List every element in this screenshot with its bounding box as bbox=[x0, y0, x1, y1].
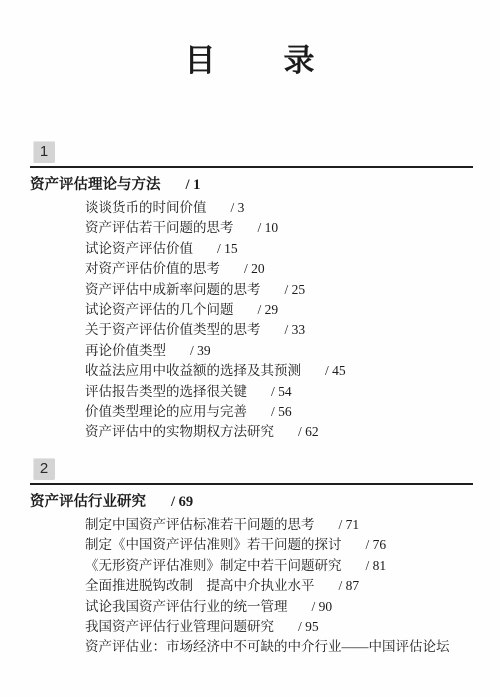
toc-item: 试论资产评估价值/ 15 bbox=[85, 239, 473, 259]
toc-item: 对资产评估价值的思考/ 20 bbox=[85, 259, 473, 279]
section-item-list: 制定中国资产评估标准若干问题的思考/ 71 制定《中国资产评估准则》若干问题的探… bbox=[85, 515, 473, 658]
item-title: 资产评估中的实物期权方法研究 bbox=[85, 424, 274, 439]
item-page-number: / 33 bbox=[285, 322, 306, 337]
toc-item: 资产评估业：市场经济中不可缺的中介行业——中国评估论坛 bbox=[85, 637, 473, 657]
toc-item: 再论价值类型/ 39 bbox=[85, 341, 473, 361]
item-title: 资产评估业：市场经济中不可缺的中介行业——中国评估论坛 bbox=[85, 639, 450, 654]
section-heading-text: 资产评估行业研究 bbox=[30, 494, 146, 510]
item-page-number: / 90 bbox=[312, 599, 333, 614]
toc-item: 关于资产评估价值类型的思考/ 33 bbox=[85, 320, 473, 340]
item-page-number: / 45 bbox=[325, 363, 346, 378]
section-industry-research: 2 资产评估行业研究/ 69 制定中国资产评估标准若干问题的思考/ 71 制定《… bbox=[0, 458, 501, 658]
toc-item: 制定《中国资产评估准则》若干问题的探讨/ 76 bbox=[85, 535, 473, 555]
item-title: 试论资产评估的几个问题 bbox=[85, 302, 234, 317]
section-number-badge: 1 bbox=[33, 141, 55, 163]
item-page-number: / 39 bbox=[190, 343, 211, 358]
item-page-number: / 3 bbox=[231, 200, 245, 215]
item-page-number: / 10 bbox=[258, 220, 279, 235]
item-title: 评估报告类型的选择很关键 bbox=[85, 384, 247, 399]
item-title: 再论价值类型 bbox=[85, 343, 166, 358]
toc-item: 收益法应用中收益额的选择及其预测/ 45 bbox=[85, 361, 473, 381]
section-heading-text: 资产评估理论与方法 bbox=[30, 177, 161, 193]
item-title: 《无形资产评估准则》制定中若干问题研究 bbox=[85, 558, 342, 573]
item-title: 价值类型理论的应用与完善 bbox=[85, 404, 247, 419]
section-page-number: / 1 bbox=[186, 177, 201, 193]
section-divider-rule bbox=[30, 483, 473, 485]
item-page-number: / 87 bbox=[339, 578, 360, 593]
toc-item: 评估报告类型的选择很关键/ 54 bbox=[85, 382, 473, 402]
item-page-number: / 62 bbox=[298, 424, 319, 439]
item-page-number: / 71 bbox=[339, 517, 360, 532]
item-title: 制定中国资产评估标准若干问题的思考 bbox=[85, 517, 315, 532]
toc-page: 目 录 1 资产评估理论与方法/ 1 谈谈货币的时间价值/ 3 资产评估若干问题… bbox=[0, 0, 501, 698]
toc-item: 资产评估中成新率问题的思考/ 25 bbox=[85, 280, 473, 300]
toc-item: 价值类型理论的应用与完善/ 56 bbox=[85, 402, 473, 422]
item-page-number: / 20 bbox=[244, 261, 265, 276]
item-page-number: / 29 bbox=[258, 302, 279, 317]
section-heading: 资产评估理论与方法/ 1 bbox=[30, 176, 473, 194]
item-page-number: / 54 bbox=[271, 384, 292, 399]
section-divider-rule bbox=[30, 166, 473, 168]
section-heading: 资产评估行业研究/ 69 bbox=[30, 493, 473, 511]
toc-item: 全面推进脱钩改制 提高中介执业水平/ 87 bbox=[85, 576, 473, 596]
item-title: 全面推进脱钩改制 提高中介执业水平 bbox=[85, 578, 315, 593]
section-number-badge: 2 bbox=[33, 458, 55, 480]
toc-item: 试论资产评估的几个问题/ 29 bbox=[85, 300, 473, 320]
toc-item: 资产评估中的实物期权方法研究/ 62 bbox=[85, 422, 473, 442]
item-page-number: / 56 bbox=[271, 404, 292, 419]
item-title: 资产评估若干问题的思考 bbox=[85, 220, 234, 235]
toc-item: 《无形资产评估准则》制定中若干问题研究/ 81 bbox=[85, 556, 473, 576]
toc-item: 试论我国资产评估行业的统一管理/ 90 bbox=[85, 597, 473, 617]
section-page-number: / 69 bbox=[171, 494, 193, 510]
toc-item: 我国资产评估行业管理问题研究/ 95 bbox=[85, 617, 473, 637]
toc-item: 资产评估若干问题的思考/ 10 bbox=[85, 218, 473, 238]
item-title: 我国资产评估行业管理问题研究 bbox=[85, 619, 274, 634]
item-page-number: / 25 bbox=[285, 282, 306, 297]
toc-item: 谈谈货币的时间价值/ 3 bbox=[85, 198, 473, 218]
item-title: 资产评估中成新率问题的思考 bbox=[85, 282, 261, 297]
item-title: 关于资产评估价值类型的思考 bbox=[85, 322, 261, 337]
item-title: 对资产评估价值的思考 bbox=[85, 261, 220, 276]
page-title: 目 录 bbox=[0, 0, 501, 80]
item-page-number: / 15 bbox=[217, 241, 238, 256]
item-page-number: / 81 bbox=[366, 558, 387, 573]
item-title: 制定《中国资产评估准则》若干问题的探讨 bbox=[85, 537, 342, 552]
toc-item: 制定中国资产评估标准若干问题的思考/ 71 bbox=[85, 515, 473, 535]
item-page-number: / 95 bbox=[298, 619, 319, 634]
item-title: 试论我国资产评估行业的统一管理 bbox=[85, 599, 288, 614]
item-page-number: / 76 bbox=[366, 537, 387, 552]
item-title: 谈谈货币的时间价值 bbox=[85, 200, 207, 215]
item-title: 收益法应用中收益额的选择及其预测 bbox=[85, 363, 301, 378]
item-title: 试论资产评估价值 bbox=[85, 241, 193, 256]
section-theory-and-methods: 1 资产评估理论与方法/ 1 谈谈货币的时间价值/ 3 资产评估若干问题的思考/… bbox=[0, 141, 501, 443]
section-item-list: 谈谈货币的时间价值/ 3 资产评估若干问题的思考/ 10 试论资产评估价值/ 1… bbox=[85, 198, 473, 443]
